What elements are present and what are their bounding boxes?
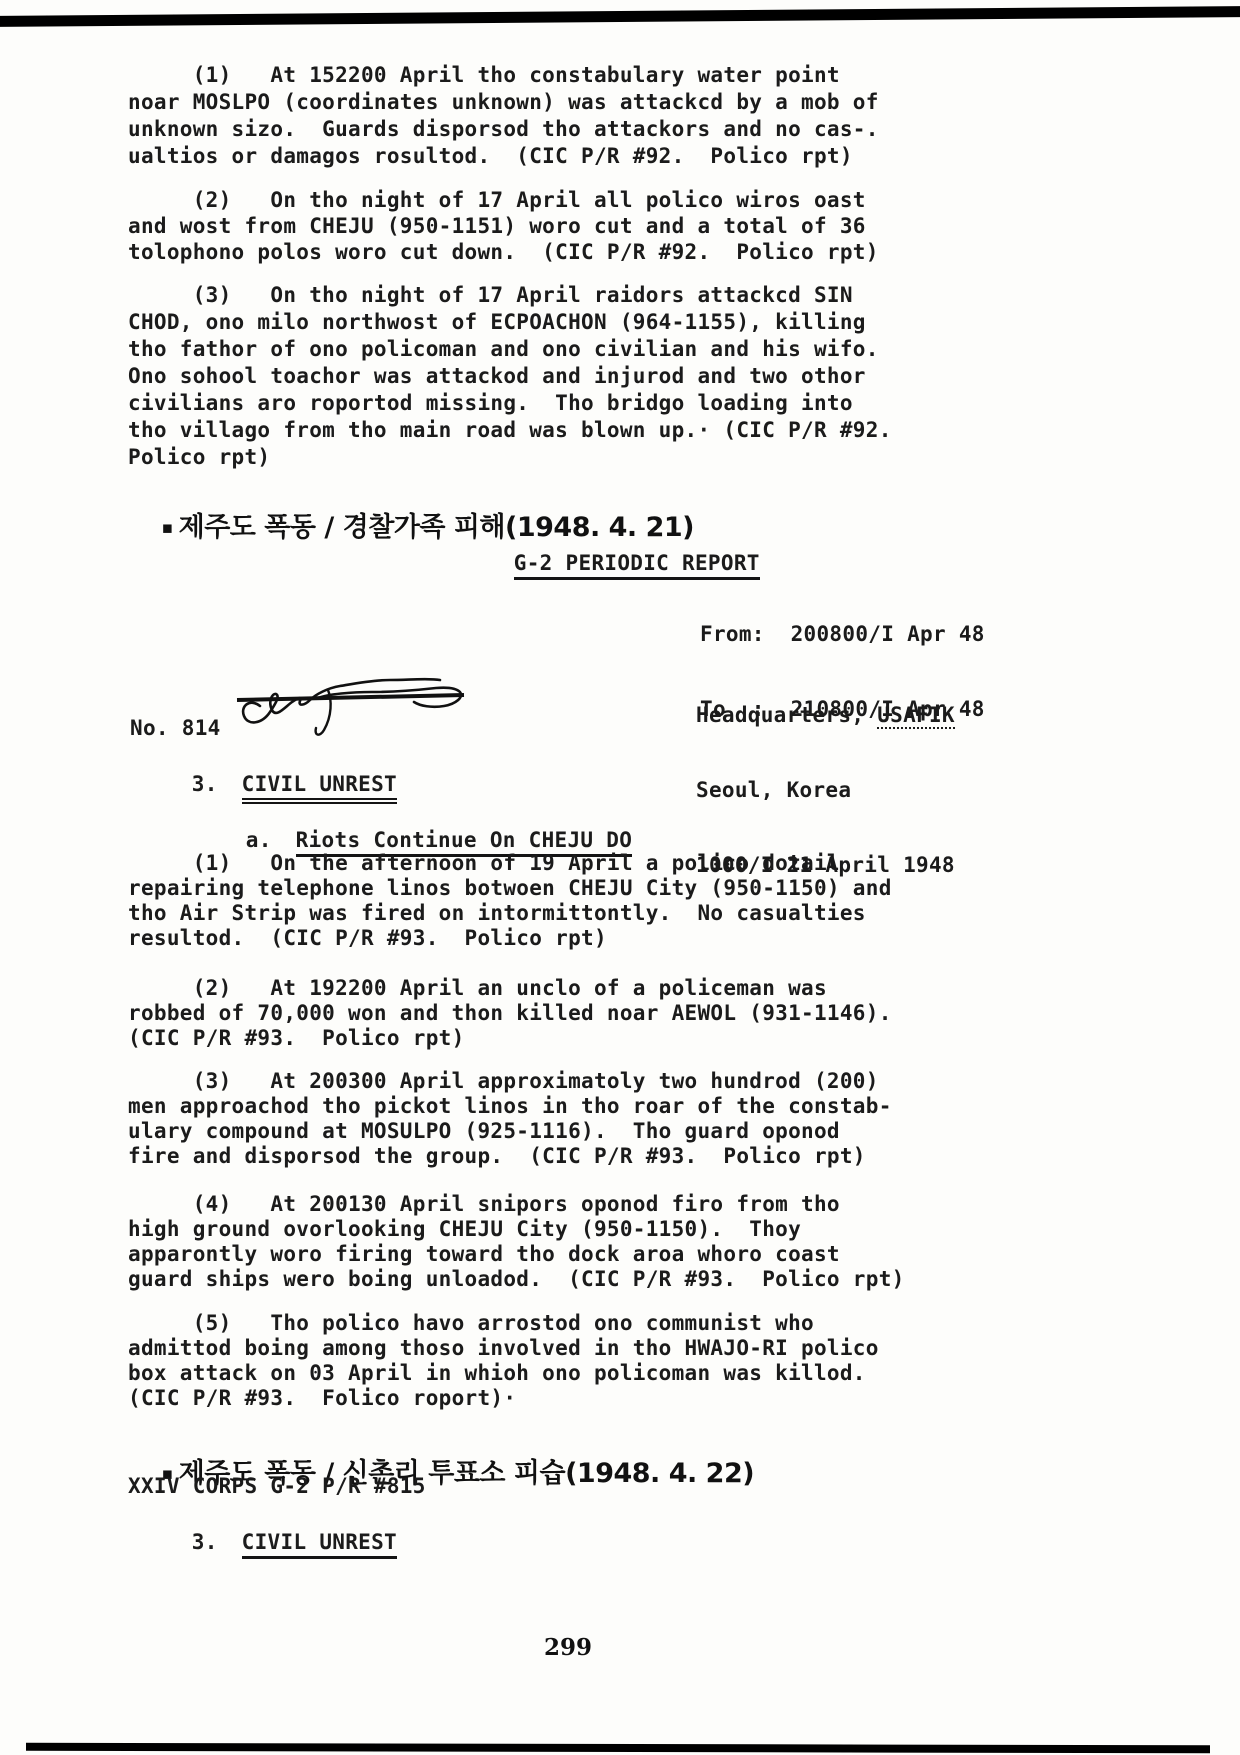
headquarters-org: USAFIK [877,703,955,729]
page-number: 299 [508,1634,628,1661]
text-line: civilians aro roportod missing. Tho brid… [128,390,892,417]
text-line: (2) At 192200 April an unclo of a police… [128,976,892,1001]
paragraph-3a5-communist-arrested: (5) Tho polico havo arrostod ono communi… [128,1311,879,1411]
text-line: high ground ovorlooking CHEJU City (950-… [128,1217,905,1242]
paragraph-3a2-uncle-robbed: (2) At 192200 April an unclo of a police… [128,976,892,1051]
text-line: (3) At 200300 April approximatoly two hu… [128,1069,892,1094]
text-line: unknown sizo. Guards disporsod tho attac… [128,116,879,143]
text-line: repairing telephone linos botwoen CHEJU … [128,876,892,901]
text-line: (4) At 200130 April snipors oponod firo … [128,1192,905,1217]
section-3-heading-repeat: 3.CIVIL UNREST [140,1506,397,1578]
text-line: noar MOSLPO (coordinates unknown) was at… [128,89,879,116]
paragraph-3-sin-chod-raid: (3) On tho night of 17 April raidors att… [128,282,892,471]
scan-edge-bar-top [0,6,1240,27]
text-line: tho villago from tho main road was blown… [128,417,892,444]
text-line: guard ships wero boing unloadod. (CIC P/… [128,1267,905,1292]
section-3-number: 3. [192,772,218,796]
text-line: (1) On the afternoon of 19 April a polic… [128,851,892,876]
text-line: (5) Tho polico havo arrostod ono communi… [128,1311,879,1336]
paragraph-2-police-wires: (2) On tho night of 17 April all polico … [128,187,879,265]
text-line: box attack on 03 April in whioh ono poli… [128,1361,879,1386]
section-3-number-repeat: 3. [192,1530,218,1554]
corps-reference-line: XXIV CORPS G-2 P/R #815 [128,1474,426,1498]
text-line: tho Air Strip was fired on intormittontl… [128,901,892,926]
text-line: (CIC P/R #93. Folico roport)· [128,1386,879,1411]
section-3-title-repeat: CIVIL UNREST [242,1530,397,1559]
text-line: Ono sohool toachor was attackod and inju… [128,363,892,390]
text-line: ulary compound at MOSULPO (925-1116). Th… [128,1119,892,1144]
signature-scribble [232,668,482,738]
text-line: tho fathor of ono policoman and ono civi… [128,336,892,363]
headquarters-line: Headquarters, USAFIK [696,702,955,729]
text-line: admittod boing among thoso involved in t… [128,1336,879,1361]
section-3-title: CIVIL UNREST [242,772,397,804]
paragraph-3a4-snipers: (4) At 200130 April snipors oponod firo … [128,1192,905,1292]
text-line: (2) On tho night of 17 April all polico … [128,187,879,213]
headquarters-prefix: Headquarters, [696,703,877,727]
subsection-a-letter: a. [246,828,272,852]
bullet-square-icon: ▪ [162,518,173,538]
text-line: (3) On tho night of 17 April raidors att… [128,282,892,309]
text-line: (CIC P/R #93. Polico rpt) [128,1026,892,1051]
report-number: No. 814 [130,716,221,740]
text-line: fire and disporsod the group. (CIC P/R #… [128,1144,892,1169]
text-line: tolophono polos woro cut down. (CIC P/R … [128,239,879,265]
paragraph-3a1-telephone-detail: (1) On the afternoon of 19 April a polic… [128,851,892,951]
text-line: (1) At 152200 April tho constabulary wat… [128,62,879,89]
text-line: and wost from CHEJU (950-1151) woro cut … [128,213,879,239]
text-line: apparontly woro firing toward tho dock a… [128,1242,905,1267]
text-line: CHOD, ono milo northwost of ECPOACHON (9… [128,309,892,336]
headquarters-city: Seoul, Korea [696,777,955,804]
text-line: ualtios or damagos rosultod. (CIC P/R #9… [128,143,879,170]
scanned-document-page: (1) At 152200 April tho constabulary wat… [0,0,1240,1755]
text-line: robbed of 70,000 won and thon killed noa… [128,1001,892,1026]
text-line: resultod. (CIC P/R #93. Polico rpt) [128,926,892,951]
text-line: Polico rpt) [128,444,892,471]
scan-edge-bar-bottom [26,1743,1210,1753]
from-line: From: 200800/I Apr 48 [700,621,985,648]
text-line: men approachod tho pickot linos in tho r… [128,1094,892,1119]
paragraph-1-water-point: (1) At 152200 April tho constabulary wat… [128,62,879,170]
paragraph-3a3-picket-lines: (3) At 200300 April approximatoly two hu… [128,1069,892,1169]
